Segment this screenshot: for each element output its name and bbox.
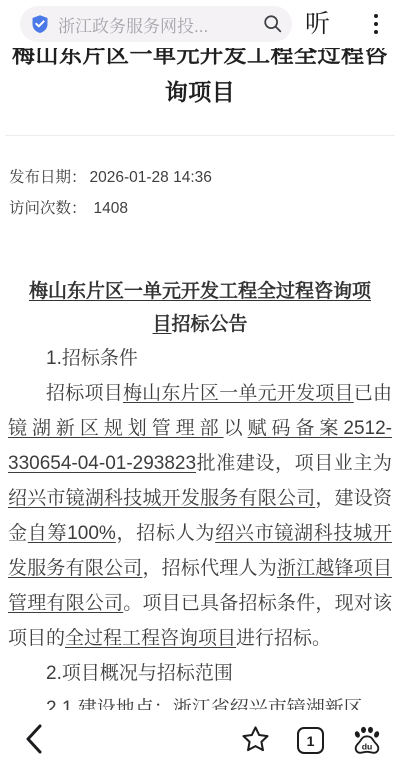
svg-text:du: du: [362, 741, 373, 751]
underlined-text: 镜湖新区规划管理部: [8, 418, 224, 439]
underlined-text: 全过程工程咨询项目: [65, 628, 236, 649]
section-2-title: 2.项目概况与招标范围: [8, 656, 392, 691]
publish-date-value: 2026-01-28 14:36: [90, 169, 212, 186]
star-icon: [240, 724, 271, 758]
plain-text: ，招标代理人为: [142, 558, 276, 579]
baidu-paw-icon: du: [350, 723, 384, 759]
section-1-title: 1.招标条件: [8, 341, 392, 376]
paragraph-1: 招标项目梅山东片区一单元开发项目已由镜湖新区规划管理部以赋码备案2512-330…: [8, 376, 392, 656]
browser-topbar: 浙江政务服务网投... 听: [0, 0, 400, 48]
divider: [5, 135, 395, 136]
visit-count: 访问次数：1408: [9, 196, 400, 218]
tab-count-badge: 1: [297, 727, 324, 754]
baidu-home-button[interactable]: du: [350, 723, 384, 759]
underlined-text: 绍兴市镜湖科技城开发服务有限公司: [8, 488, 315, 509]
publish-date-label: 发布日期：: [9, 169, 87, 186]
underlined-text: 梅山东片区一单元开发项目: [123, 383, 354, 404]
back-button[interactable]: [22, 722, 46, 759]
plain-text: 批准建设，项目业主为: [196, 453, 392, 474]
page-content: 梅山东片区一单元开发工程全过程咨询项目 发布日期：2026-01-28 14:3…: [0, 0, 400, 726]
plain-text: 招标项目: [46, 383, 123, 404]
back-chevron-icon: [22, 722, 46, 759]
secure-shield-icon: [30, 14, 50, 34]
plain-text: 以: [224, 418, 248, 439]
search-icon[interactable]: [262, 13, 284, 35]
favorite-button[interactable]: [240, 724, 271, 758]
tabs-button[interactable]: 1: [297, 727, 324, 754]
announcement-heading: 梅山东片区一单元开发工程全过程咨询项目招标公告: [24, 275, 376, 341]
announcement-body: 梅山东片区一单元开发工程全过程咨询项目招标公告 1.招标条件 招标项目梅山东片区…: [0, 275, 400, 726]
browser-toolbar: 1 du: [0, 710, 400, 771]
underlined-text: 自筹100%: [28, 523, 116, 544]
listen-button[interactable]: 听: [305, 12, 330, 37]
plain-text: ，招标人为: [116, 523, 215, 544]
plain-text: 进行招标。: [236, 628, 331, 649]
visit-count-label: 访问次数：: [9, 200, 87, 217]
toolbar-right-group: 1 du: [240, 723, 384, 759]
address-bar[interactable]: 浙江政务服务网投...: [20, 6, 292, 42]
visit-count-value: 1408: [94, 200, 128, 217]
plain-text: 已由: [354, 383, 392, 404]
publish-date: 发布日期：2026-01-28 14:36: [9, 165, 400, 187]
announcement-heading-suffix: 招标公告: [172, 314, 248, 335]
address-url-text: 浙江政务服务网投...: [58, 12, 262, 37]
menu-dots-icon[interactable]: [370, 10, 382, 38]
